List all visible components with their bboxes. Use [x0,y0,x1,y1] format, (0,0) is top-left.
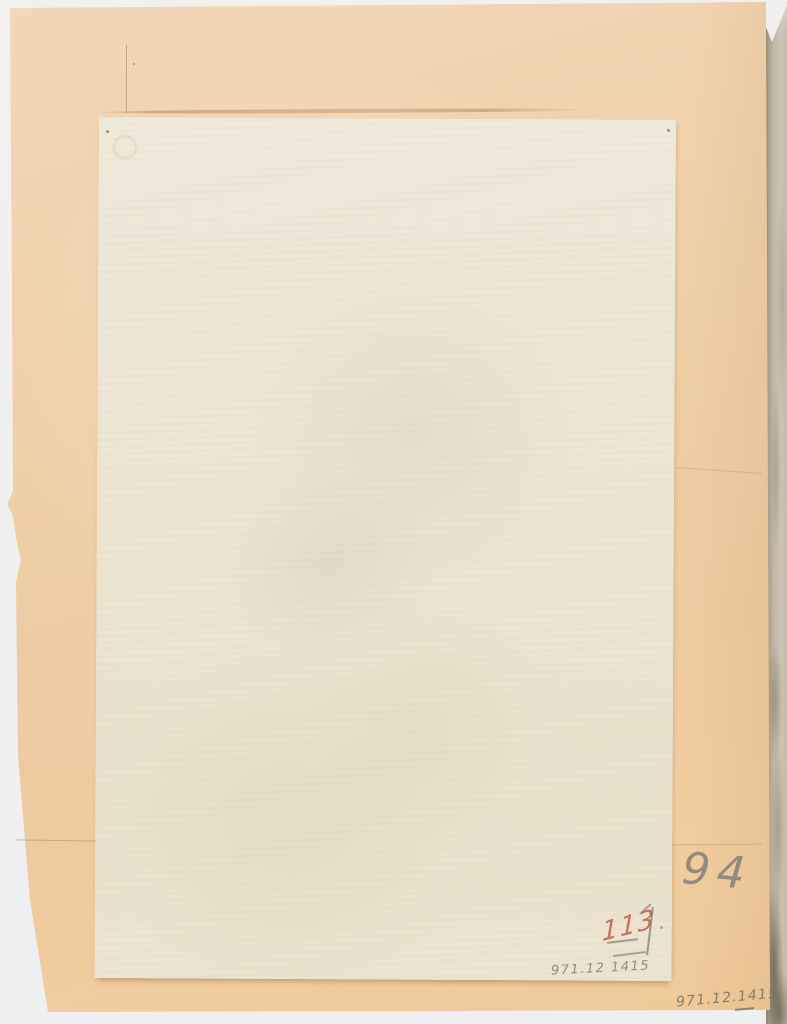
pencil-underline [735,1007,754,1011]
pencil-registration-line [126,45,127,113]
pencil-dot [660,926,663,929]
pinhole-top-right [667,129,670,132]
scan-photograph: 94 113 971.12 1415 971.12.1415 [0,0,787,1024]
pencil-dot [133,63,135,65]
mat-page-number-annotation: 94 [680,843,754,900]
pinhole-top-left [106,130,109,133]
artwork-paper-verso [94,117,676,981]
